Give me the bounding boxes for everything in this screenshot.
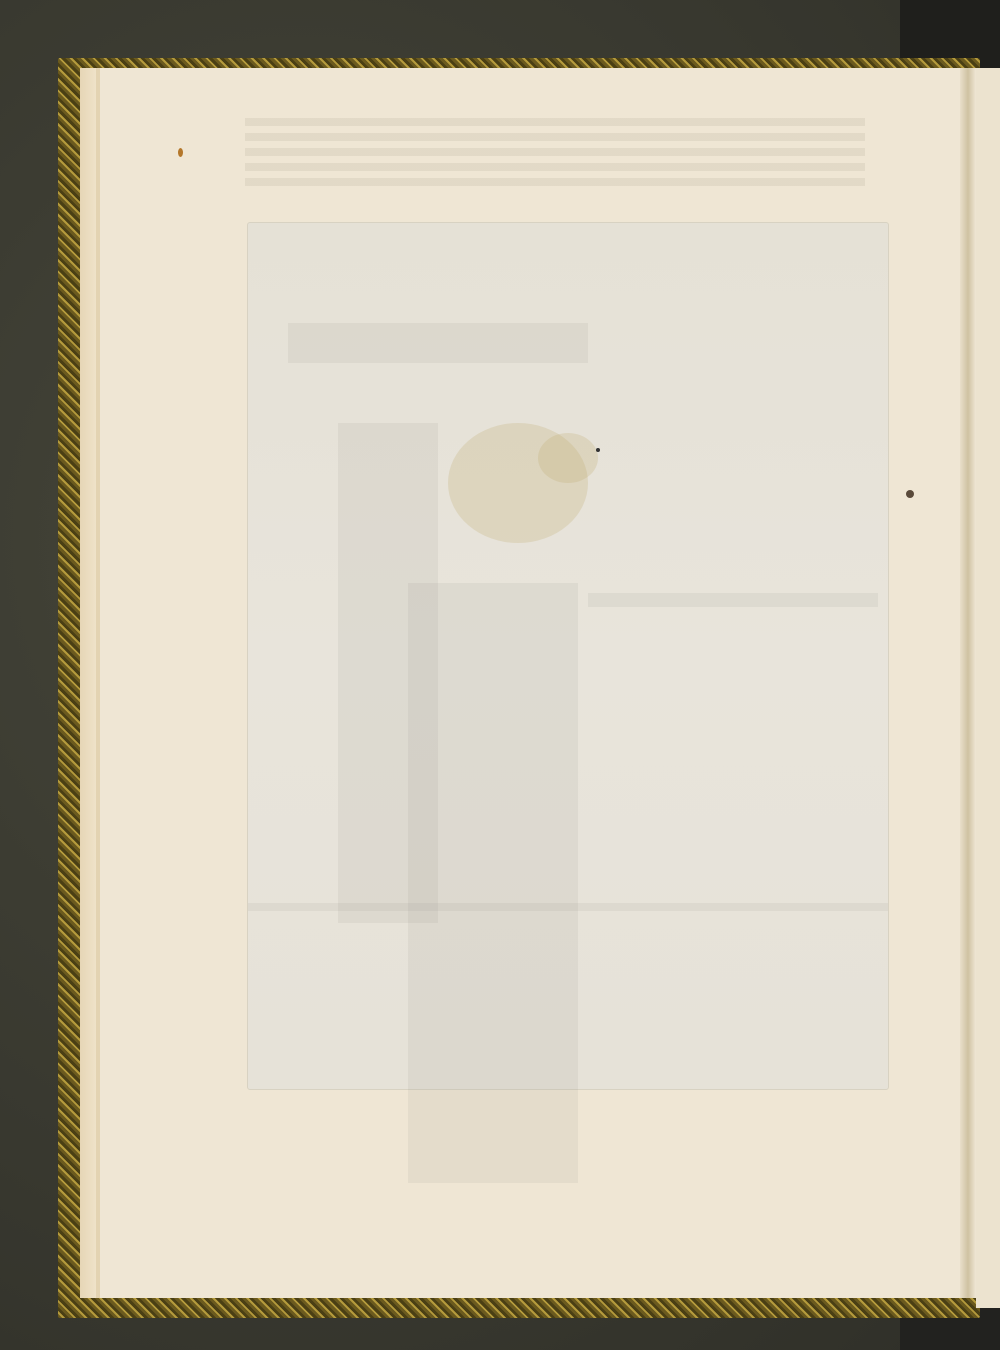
show-through-text (245, 118, 865, 188)
show-through-band (288, 323, 588, 363)
page-fold-line (96, 68, 100, 1298)
ink-spot (906, 490, 914, 498)
facing-page-edge (976, 68, 1000, 1308)
plate-impression (247, 222, 889, 1090)
show-through-line (588, 593, 878, 607)
show-through-line (248, 903, 888, 911)
ink-spot (596, 448, 600, 452)
show-through-column (408, 583, 578, 1183)
ink-spot (178, 148, 183, 157)
paper-stain (538, 433, 598, 483)
book-gutter (960, 68, 976, 1298)
